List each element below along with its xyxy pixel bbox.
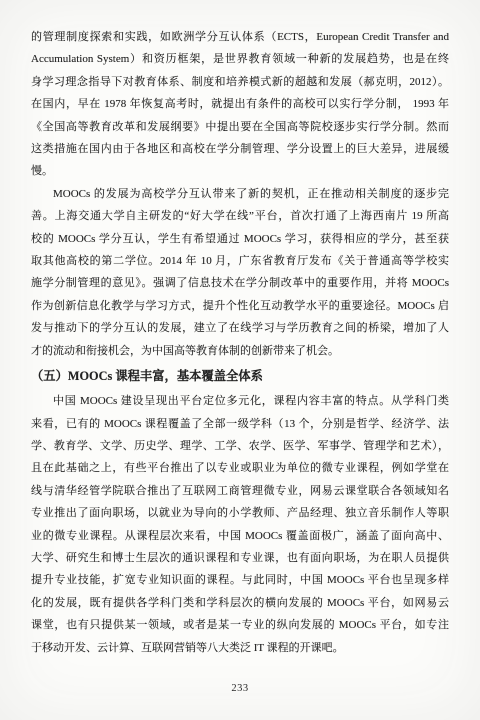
text-line: 于移动开发、云计算、互联网营销等八大类泛 IT 课程的开课吧。 xyxy=(31,637,449,659)
text-line: 大学、研究生和博士生层次的通识课程和专业课，也有面向职场，为在职人员提供 xyxy=(31,547,449,569)
text-line: 校的 MOOCs 学分互认，学生有希望通过 MOOCs 学习，获得相应的学分，甚… xyxy=(31,228,449,250)
page-number: 233 xyxy=(0,683,480,694)
text-line: 身学习理念指导下对教育体系、制度和培养模式新的超越和发展（郝克明，2012）。 xyxy=(31,71,449,93)
heading-text: （五）MOOCs 课程丰富，基本覆盖全体系 xyxy=(31,365,449,388)
text-line: 《全国高等教育改革和发展纲要》中提出要在全国高等院校逐步实行学分制。然而 xyxy=(31,116,449,138)
text-line: 取其他高校的第二学位。2014 年 10 月，广东省教育厅发布《关于普通高等学校… xyxy=(31,250,449,272)
text-line: 施学分制管理的意见》。强调了信息技术在学分制改革中的重要作用，并将 MOOCs xyxy=(31,272,449,294)
section-heading: （五）MOOCs 课程丰富，基本覆盖全体系 xyxy=(31,365,449,388)
paragraph: 的管理制度探索和实践，如欧洲学分互认体系（ECTS，European Credi… xyxy=(31,26,449,183)
text-line: 提升专业技能，扩宽专业知识面的课程。与此同时，中国 MOOCs 平台也呈现多样 xyxy=(31,569,449,591)
text-line: 发与推动下的学分互认的发展，建立了在线学习与学历教育之间的桥梁，增加了人 xyxy=(31,317,449,339)
text-line: 善。上海交通大学自主研发的“好大学在线”平台，首次打通了上海西南片 19 所高 xyxy=(31,205,449,227)
text-line: MOOCs 的发展为高校学分互认带来了新的契机，正在推动相关制度的逐步完 xyxy=(31,183,449,205)
paragraph: 中国 MOOCs 建设呈现出平台定位多元化，课程内容丰富的特点。从学科门类来看，… xyxy=(31,390,449,659)
text-line: 来看，已有的 MOOCs 课程覆盖了全部一级学科（13 个，分别是哲学、经济学、… xyxy=(31,413,449,435)
text-line: 专业推出了面向职场，以就业为导向的小学教师、产品经理、独立音乐制作人等职 xyxy=(31,502,449,524)
text-line: 中国 MOOCs 建设呈现出平台定位多元化，课程内容丰富的特点。从学科门类 xyxy=(31,390,449,412)
text-line: 的管理制度探索和实践，如欧洲学分互认体系（ECTS，European Credi… xyxy=(31,26,449,48)
text-line: Accumulation System）和资历框架，是世界教育领域一种新的发展趋… xyxy=(31,48,449,70)
text-line: 业的微专业课程。从课程层次来看，中国 MOOCs 覆盖面极广，涵盖了面向高中、 xyxy=(31,525,449,547)
paragraph: MOOCs 的发展为高校学分互认带来了新的契机，正在推动相关制度的逐步完善。上海… xyxy=(31,183,449,362)
text-line: 作为创新信息化教学与学习方式，提升个性化互动教学水平的重要途径。MOOCs 启 xyxy=(31,295,449,317)
text-line: 慢。 xyxy=(31,160,449,182)
text-line: 学、教育学、文学、历史学、理学、工学、农学、医学、军事学、管理学和艺术）， xyxy=(31,435,449,457)
document-page: 的管理制度探索和实践，如欧洲学分互认体系（ECTS，European Credi… xyxy=(0,0,480,720)
text-line: 且在此基础之上，有些平台推出了以专业或职业为单位的微专业课程，例如学堂在 xyxy=(31,457,449,479)
text-line: 课堂，也有只提供某一领域，或者是某一专业的纵向发展的 MOOCs 平台，如专注 xyxy=(31,614,449,636)
text-line: 化的发展，既有提供各学科门类和学科层次的横向发展的 MOOCs 平台，如网易云 xyxy=(31,592,449,614)
text-line: 在国内，早在 1978 年恢复高考时，就提出有条件的高校可以实行学分制， 199… xyxy=(31,93,449,115)
text-line: 线与清华经管学院联合推出了互联网工商管理微专业，网易云课堂联合各领域知名 xyxy=(31,480,449,502)
document-body: 的管理制度探索和实践，如欧洲学分互认体系（ECTS，European Credi… xyxy=(31,26,449,659)
text-line: 才的流动和衔接机会，为中国高等教育体制的创新带来了机会。 xyxy=(31,340,449,362)
text-line: 这类措施在国内由于各地区和高校在学分制管理、学分设置上的巨大差异，进展缓 xyxy=(31,138,449,160)
